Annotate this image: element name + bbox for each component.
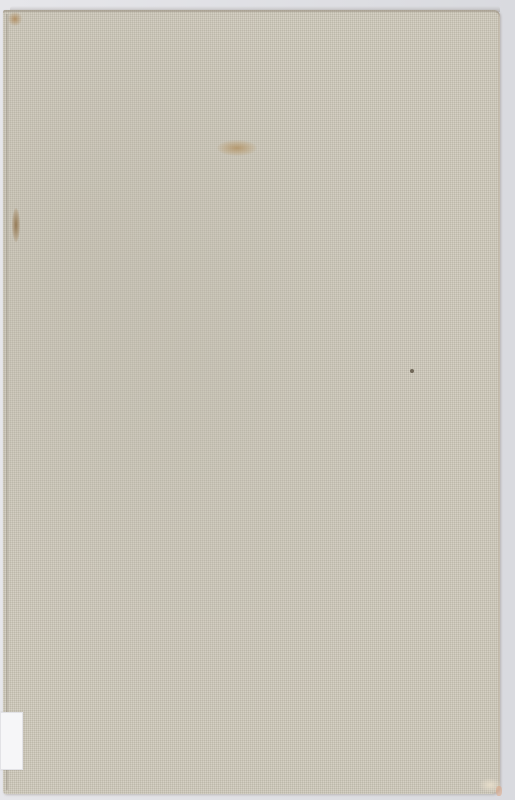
- book-cover: [3, 10, 500, 794]
- library-label: [0, 712, 23, 770]
- scan-background: [0, 0, 515, 800]
- corner-fray: [496, 786, 502, 796]
- spine-hinge: [6, 14, 9, 790]
